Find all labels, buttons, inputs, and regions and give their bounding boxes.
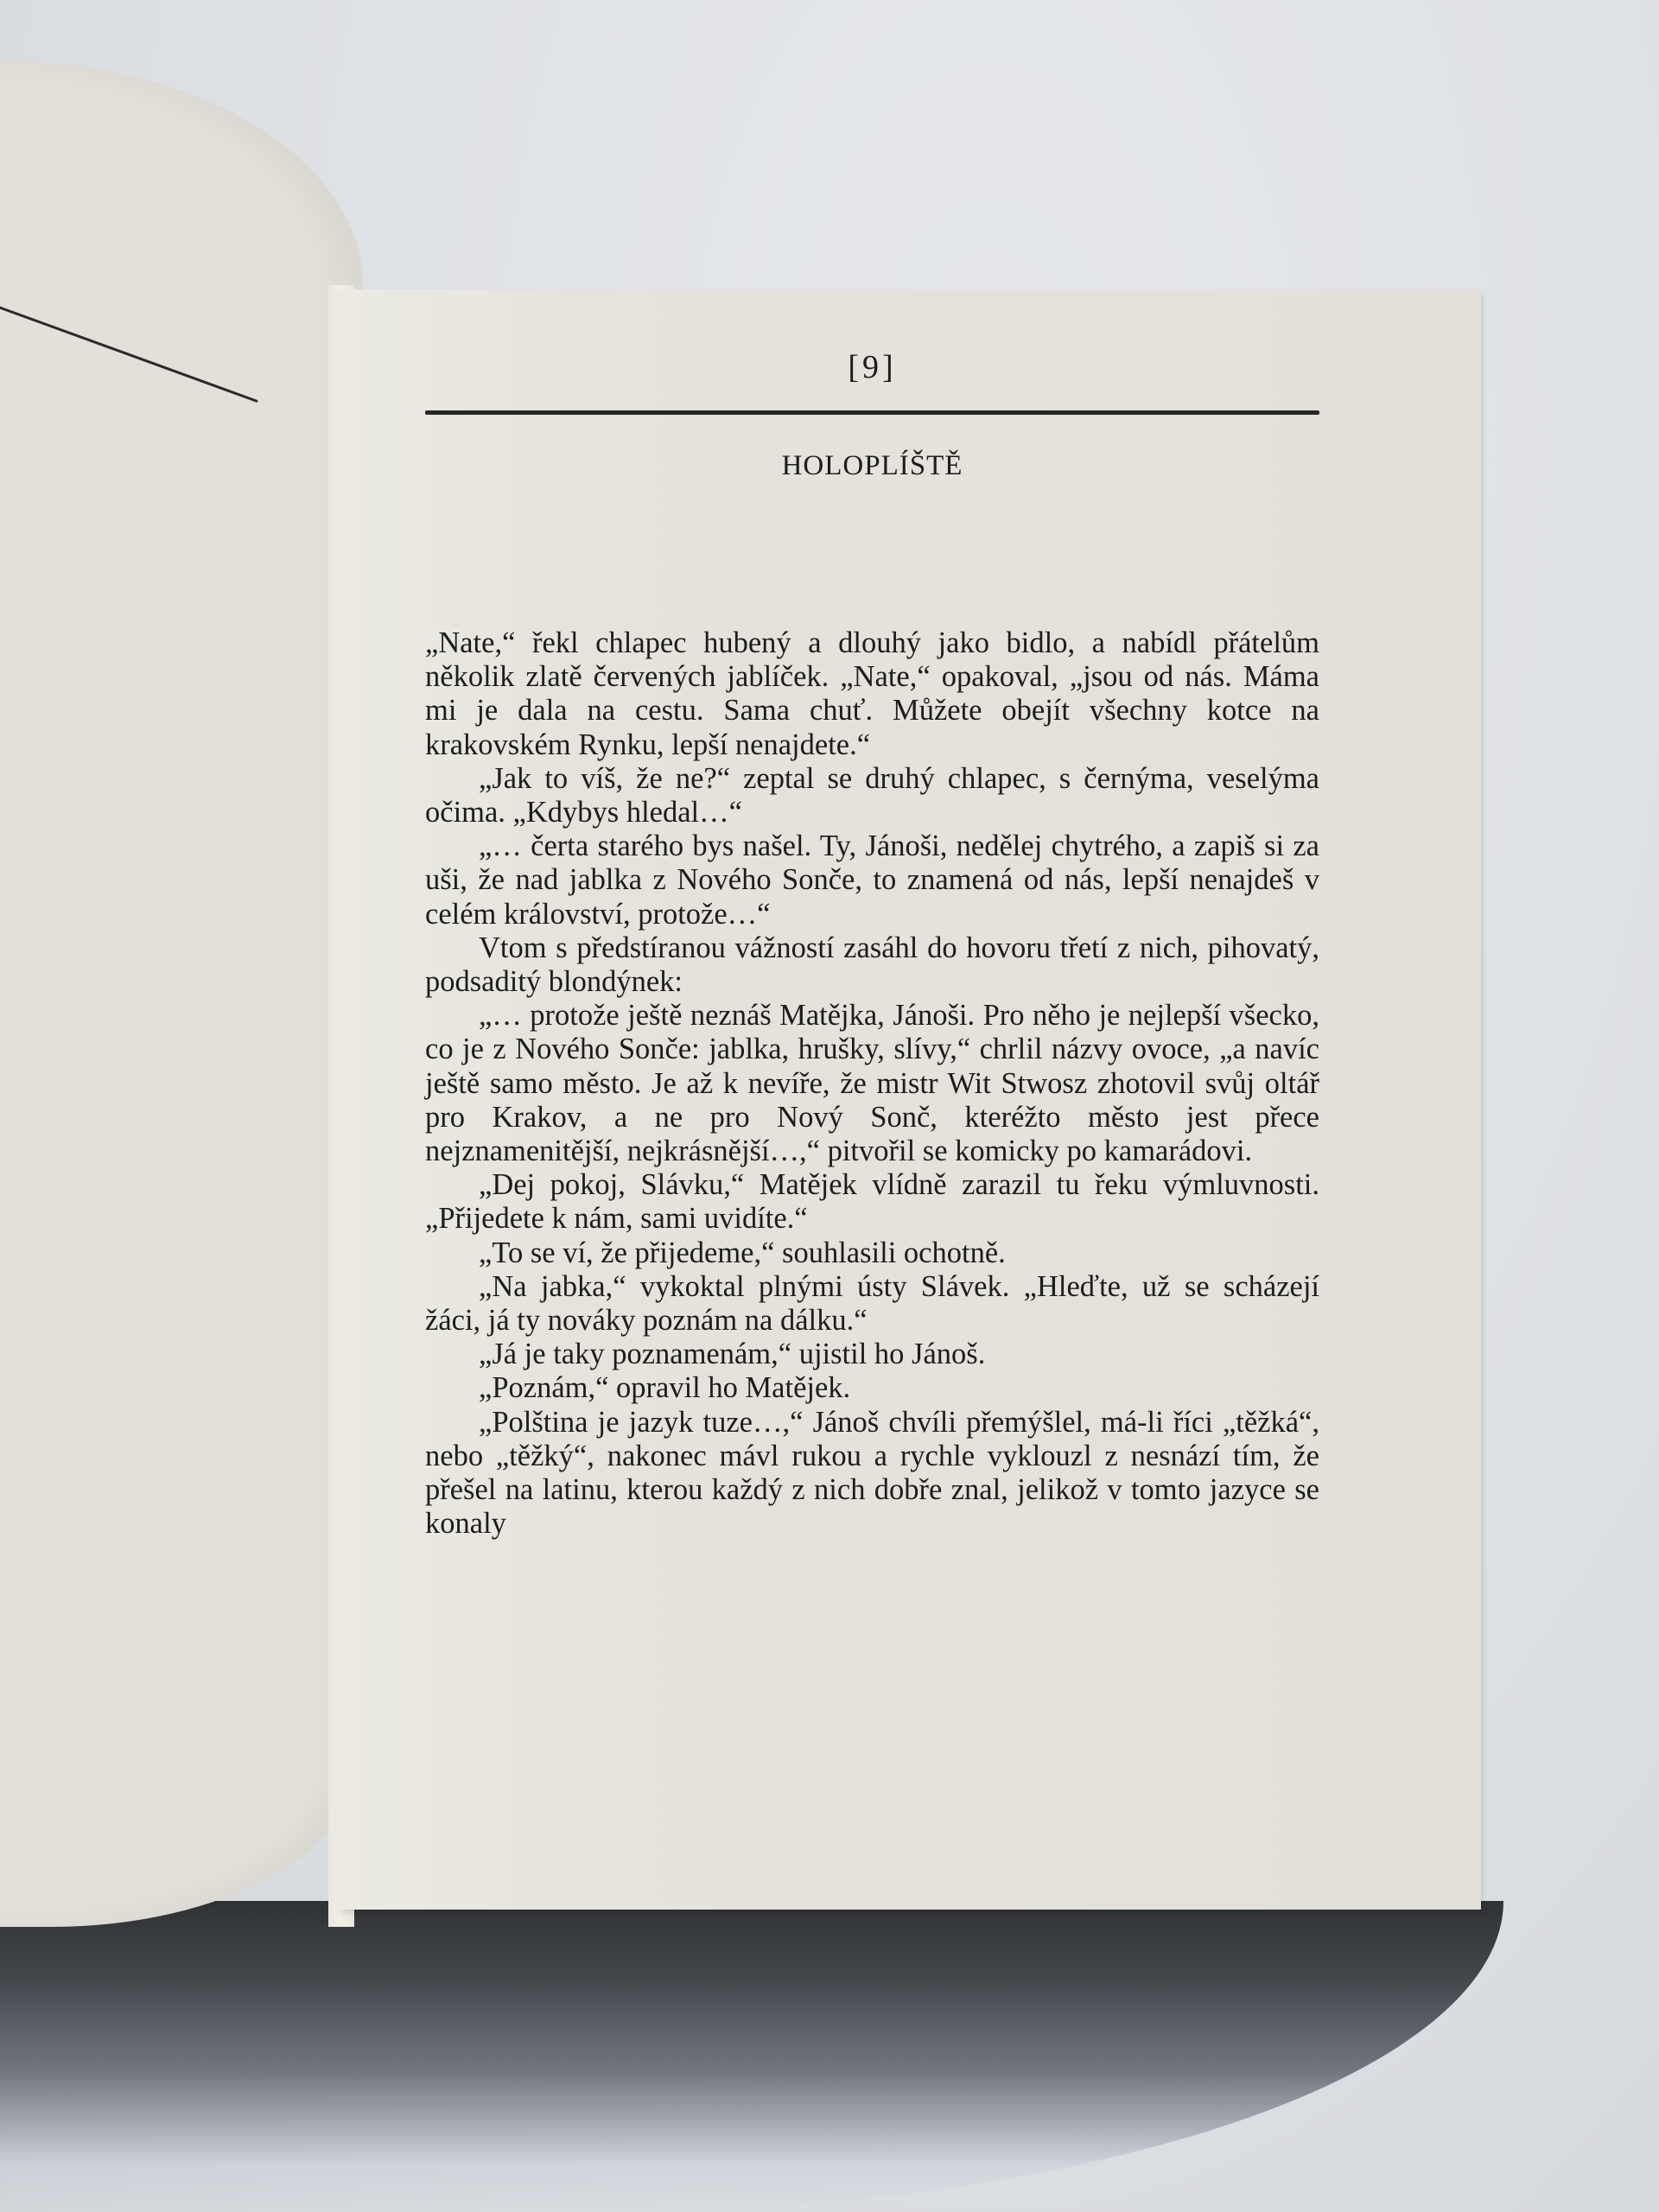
paragraph: „… protože ještě neznáš Matějka, Jánoši.… — [425, 999, 1319, 1168]
paragraph: „Nate,“ řekl chlapec hubený a dlouhý jak… — [425, 626, 1319, 762]
header-rule — [425, 410, 1319, 415]
paragraph: „Polština je jazyk tuze…,“ Jánoš chvíli … — [425, 1406, 1319, 1541]
paragraph: „To se ví, že přijedeme,“ souhlasili och… — [425, 1236, 1319, 1270]
paragraph: „Dej pokoj, Slávku,“ Matějek vlídně zara… — [425, 1168, 1319, 1236]
right-page: [9] HOLOPLÍŠTĚ „Nate,“ řekl chlapec hube… — [339, 289, 1481, 1910]
left-page-header-rule — [0, 294, 258, 403]
paragraph: „… čerta starého bys našel. Ty, Jánoši, … — [425, 829, 1319, 931]
paragraph: „Na jabka,“ vykoktal plnými ústy Slávek.… — [425, 1270, 1319, 1338]
paragraph: „Jak to víš, že ne?“ zeptal se druhý chl… — [425, 762, 1319, 829]
paragraph: „Já je taky poznamenám,“ ujistil ho Jáno… — [425, 1338, 1319, 1371]
body-text: „Nate,“ řekl chlapec hubený a dlouhý jak… — [425, 626, 1319, 1541]
paragraph: „Poznám,“ opravil ho Matějek. — [425, 1371, 1319, 1405]
paragraph: Vtom s předstíranou vážností zasáhl do h… — [425, 931, 1319, 999]
page-number: [9] — [425, 348, 1319, 386]
book-shadow — [0, 1901, 1503, 2212]
chapter-title: HOLOPLÍŠTĚ — [425, 450, 1319, 482]
left-page — [0, 60, 363, 1927]
